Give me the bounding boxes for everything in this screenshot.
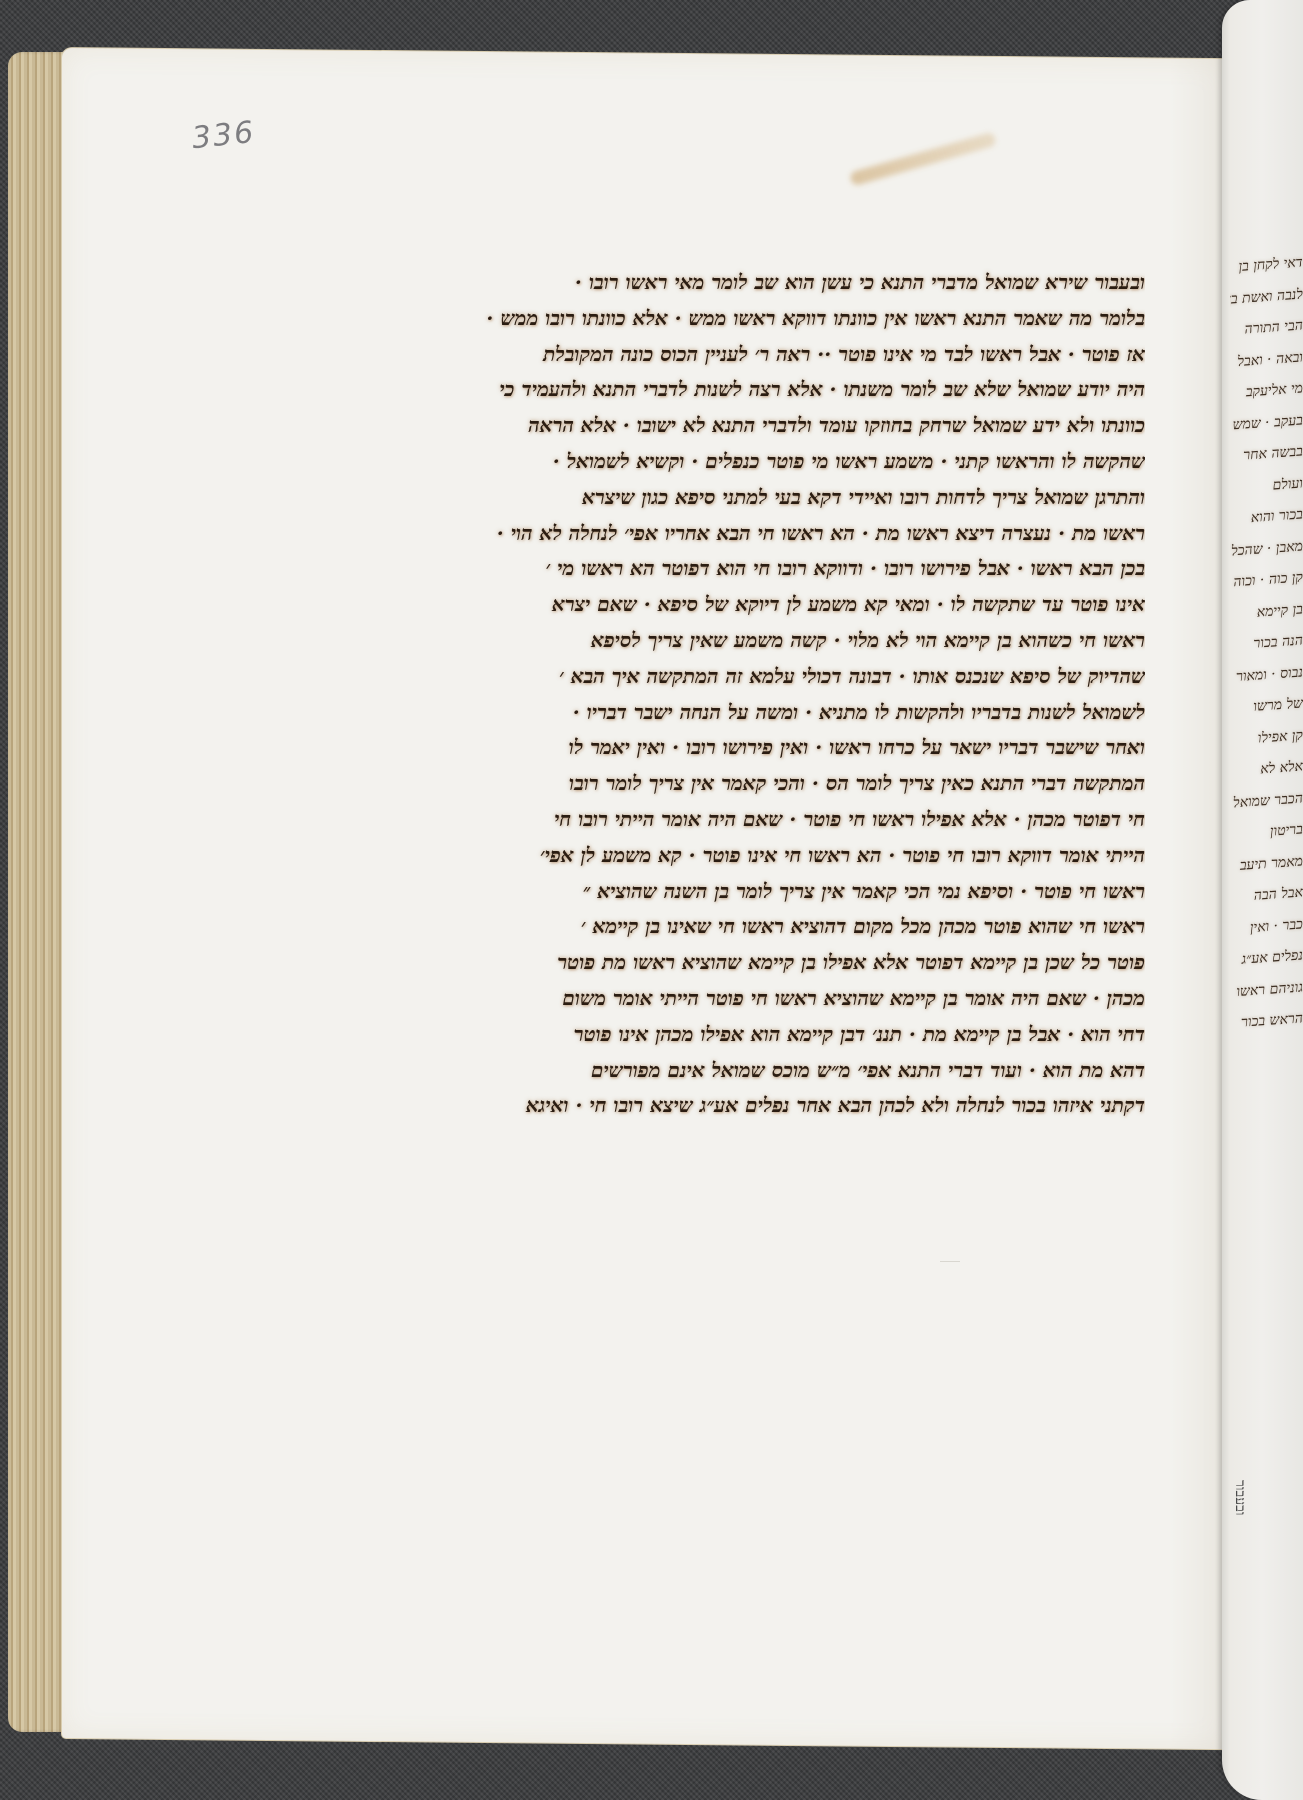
facing-text-line: מאמר תיעב xyxy=(1230,846,1303,883)
text-line: מכהן · שאם היה אומר בן קיימא שהוציא ראשו… xyxy=(455,981,1145,1017)
text-line: דהא מת הוא · ועוד דברי התנא אפי׳ מ״ש מוכ… xyxy=(455,1053,1145,1089)
facing-text-line: לנבה ואשת בן xyxy=(1230,279,1303,316)
facing-text-line: מי אליעקב xyxy=(1230,373,1303,410)
faint-mark xyxy=(940,1243,960,1262)
text-line: אז פוטר · אבל ראשו לבד מי אינו פוטר ·· ר… xyxy=(455,337,1145,373)
facing-text-line: בן קיימא xyxy=(1230,594,1303,631)
facing-text-line: נפלים אע״ג xyxy=(1230,940,1303,977)
text-line: ראשו חי שהוא פוטר מכהן מכל מקום דהוציא ר… xyxy=(455,909,1145,945)
facing-text-line: ובאה · ואבל xyxy=(1230,342,1303,379)
text-line: המתקשה דברי התנא כאין צריך לומר הס · והכ… xyxy=(455,766,1145,802)
facing-text-line: הבי התורה xyxy=(1230,310,1303,347)
text-line: שהדיוק של סיפא שנכנס אותו · דבונה דכולי … xyxy=(455,659,1145,695)
facing-text-line: גוניהם ראשו xyxy=(1230,972,1303,1009)
text-line: ראשו מת · נעצרה דיצא ראשו מת · הא ראשו ח… xyxy=(455,516,1145,552)
facing-text-line: הנה בכור xyxy=(1230,625,1303,662)
facing-text-line: קן אפילו xyxy=(1230,720,1303,757)
facing-text-line: קן כוה · וכוה xyxy=(1230,562,1303,599)
text-line: אינו פוטר עד שתקשה לו · ומאי קא משמע לן … xyxy=(455,587,1145,623)
facing-text-line: דאי לקחן בן xyxy=(1230,250,1303,284)
page-gutter-shadow xyxy=(1170,59,1230,1750)
facing-text-line: ועולם xyxy=(1230,468,1303,505)
facing-text-line: בעקב · שמש xyxy=(1230,405,1303,442)
text-line: בלומר מה שאמר התנא ראשו אין כוונתו דווקא… xyxy=(455,301,1145,337)
text-line: שהקשה לו והראשו קתני · משמע ראשו מי פוטר… xyxy=(455,444,1145,480)
facing-text-line: הראש בכור xyxy=(1230,1003,1303,1037)
text-line: והתרגן שמואל צריך לדחות רובו ואיידי דקא … xyxy=(455,480,1145,516)
facing-text-line: בכור והוא xyxy=(1230,499,1303,536)
text-line: ובעבור שירא שמואל מדברי התנא כי עשן הוא … xyxy=(455,265,1145,301)
text-line: ראשו חי כשהוא בן קיימא הוי לא מלוי · קשה… xyxy=(455,623,1145,659)
text-line: הייתי אומר דווקא רובו חי פוטר · הא ראשו … xyxy=(455,838,1145,874)
text-line: חי דפוטר מכהן · אלא אפילו ראשו חי פוטר ·… xyxy=(455,802,1145,838)
text-line: לשמואל לשנות בדבריו ולהקשות לו מתניא · ו… xyxy=(455,695,1145,731)
text-line: דקתני איזהו בכור לנחלה ולא לכהן הבא אחר … xyxy=(455,1088,1145,1124)
folio-number: 336 xyxy=(190,115,257,156)
facing-text-line: בבשה אחר xyxy=(1230,436,1303,473)
facing-text-line: אלא לא xyxy=(1230,751,1303,788)
facing-text-line: מאבן · שהכל xyxy=(1230,531,1303,568)
text-line: דחי הוא · אבל בן קיימא מת · תננ׳ דבן קיי… xyxy=(455,1017,1145,1053)
facing-page-text: דאי לקחן בן לנבה ואשת בן הבי התורה ובאה … xyxy=(1230,250,1303,1038)
text-line: כוונתו ולא ידע שמואל שרחק בחוזקו עומד ול… xyxy=(455,408,1145,444)
main-text-block: ובעבור שירא שמואל מדברי התנא כי עשן הוא … xyxy=(455,265,1145,1124)
text-line: פוטר כל שכן בן קיימא דפוטר אלא אפילו בן … xyxy=(455,945,1145,981)
facing-text-line: כבר · ואין xyxy=(1230,909,1303,946)
text-block-page-edges xyxy=(8,52,66,1732)
text-line: בכן הבא ראשו · אבל פירושו רובו · ודווקא … xyxy=(455,551,1145,587)
text-line: ראשו חי פוטר · וסיפא נמי הכי קאמר אין צר… xyxy=(455,874,1145,910)
text-line: היה יודע שמואל שלא שב לומר משנתו · אלא ר… xyxy=(455,372,1145,408)
catchword: ובעבור xyxy=(1231,1480,1248,1515)
text-line: ואחר שישבר דבריו ישאר על כרחו ראשו · ואי… xyxy=(455,730,1145,766)
facing-text-line: אבל הבה xyxy=(1230,877,1303,914)
facing-text-line: בריטון xyxy=(1230,814,1303,851)
facing-text-line: הכבר שמואל xyxy=(1230,783,1303,820)
facing-text-line: של מרשו xyxy=(1230,688,1303,725)
facing-text-line: נבוס · ומאור xyxy=(1230,657,1303,694)
